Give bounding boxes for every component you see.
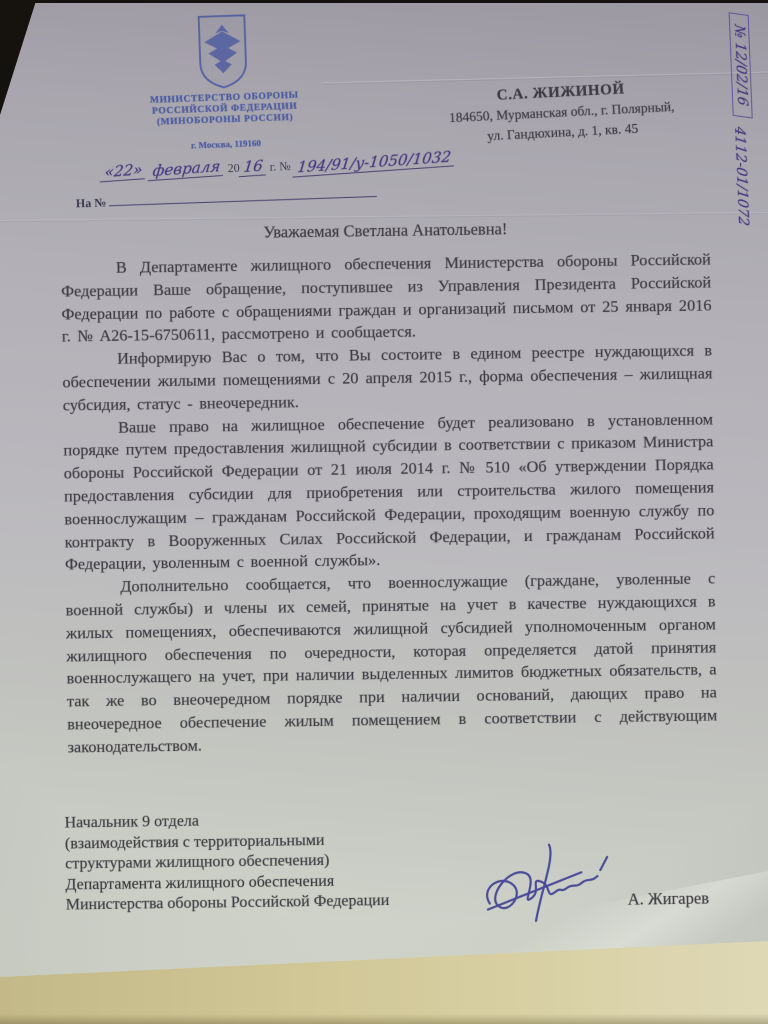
reference-line: На № <box>68 185 388 212</box>
body-paragraph: Ваше право на жилищное обеспечение будет… <box>63 408 715 577</box>
signer-name: А. Жигарев <box>628 889 710 910</box>
letterhead: МИНИСТЕРСТВО ОБОРОНЫ РОССИЙСКОЙ ФЕДЕРАЦИ… <box>61 2 388 212</box>
letter-paper: МИНИСТЕРСТВО ОБОРОНЫ РОССИЙСКОЙ ФЕДЕРАЦИ… <box>0 3 768 977</box>
signer-position-block: Начальник 9 отдела (взаимодействия с тер… <box>64 807 495 916</box>
handwritten-month: февраля <box>148 157 226 181</box>
handwritten-year: 16 <box>239 156 268 177</box>
letter-content: МИНИСТЕРСТВО ОБОРОНЫ РОССИЙСКОЙ ФЕДЕРАЦИ… <box>0 0 768 982</box>
handwritten-day: «22» <box>100 160 148 182</box>
handwritten-outgoing-number: 194/91/у-1050/1032 <box>292 147 456 177</box>
document-photo: МИНИСТЕРСТВО ОБОРОНЫ РОССИЙСКОЙ ФЕДЕРАЦИ… <box>0 0 768 1024</box>
body-paragraph: Дополнительно сообщается, что военнослуж… <box>65 568 717 759</box>
city-postal-line: г. Москва, 119160 <box>66 134 386 155</box>
reference-label: На № <box>76 195 107 210</box>
recipient-block: С.А. ЖИЖИНОЙ 184650, Мурманская обл., г.… <box>386 76 738 150</box>
signature-scribble <box>473 840 624 937</box>
salutation: Уважаемая Светлана Анатольевна! <box>60 216 710 245</box>
mod-russia-emblem-icon <box>194 12 251 92</box>
printed-year-prefix: 20 <box>227 161 239 175</box>
letter-body: В Департаменте жилищного обеспечения Мин… <box>61 248 718 759</box>
date-line: «22» февраля 2016 г. № 194/91/у-1050/103… <box>67 153 387 183</box>
printed-number-label: г. № <box>269 159 291 174</box>
body-paragraph: В Департаменте жилищного обеспечения Мин… <box>61 248 712 348</box>
body-paragraph: Информирую Вас о том, что Вы состоите в … <box>62 340 713 417</box>
reference-blank-line <box>109 185 377 206</box>
incoming-number-handwriting: 4112-01/1072 <box>731 125 751 226</box>
